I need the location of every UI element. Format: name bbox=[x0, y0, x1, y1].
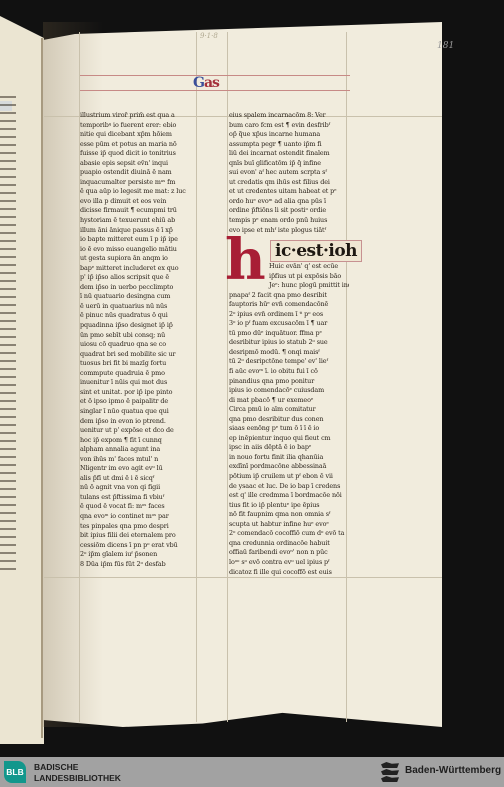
left-page-edge bbox=[0, 16, 44, 744]
text-line: dicatoz fi ille qui cocoffō est euis bbox=[229, 568, 349, 578]
text-line: temporibꝰ io fuerent erer: ebio bbox=[80, 121, 198, 131]
text-line: sint et unitat. por ip̄ ipe pinto bbox=[80, 388, 198, 398]
text-line: ē pinuc nūs quadratus ō qui bbox=[80, 311, 198, 321]
running-head-initial: G bbox=[193, 75, 204, 91]
text-line: hystoriam ē texuerunt ehiū ab bbox=[80, 216, 198, 226]
text-line: illustrium viror̄ prim̄ est qua a bbox=[80, 111, 198, 121]
manuscript-viewer: 9·1·8 181 Gas illustrium viror̄ prim̄ es… bbox=[0, 0, 504, 757]
text-line: 8 Dūa ip̄m fūs fūt 2ᵒ desfab bbox=[80, 560, 198, 570]
text-line: inuenitur ī nūis qui mot dus bbox=[80, 378, 198, 388]
text-line: fuisse ip̄ quod dicit io tonitrius bbox=[80, 149, 198, 159]
text-line: ē quod ē vocat fi: mᵒˢ faces bbox=[80, 502, 198, 512]
text-line: qna pmo desribitur dus conen bbox=[229, 415, 349, 425]
text-line: ut credatis qm ihūs est filius dei bbox=[229, 178, 349, 188]
text-line: puapio ostendit diuinā ē nam bbox=[80, 168, 198, 178]
text-line: loᵒᵒ sᵒ evō contra evᵒ uel ipius pᶠ bbox=[229, 558, 349, 568]
text-line: singlar ī nūo quatua que qui bbox=[80, 407, 198, 417]
text-line: nitie qui dicebant xp̄m hōiem bbox=[80, 130, 198, 140]
text-line: ordo huᵉ evoᵐ ad alia qna pūs ī bbox=[229, 197, 349, 207]
text-line: fi aūc evoᵐ ī. io obitu fui ī cō bbox=[229, 367, 349, 377]
text-line: cessiōm dicens ī pn pᵒ erat vbū bbox=[80, 541, 198, 551]
bw-lions-coat-of-arms-icon bbox=[381, 762, 399, 782]
text-line: dicisse firmauit ¶ ecumpmi trū bbox=[80, 206, 198, 216]
text-line: uenitur ut p' expōse et dco de bbox=[80, 426, 198, 436]
text-line: io bapte mitteret eum ī p ip̄ ipe bbox=[80, 235, 198, 245]
text-line: eius spalem incarnacōm 8: Ver bbox=[229, 111, 349, 121]
text-column-right-top: eius spalem incarnacōm 8: Verbum caro fc… bbox=[229, 111, 349, 237]
text-line: alpham annalia agunt ina bbox=[80, 445, 198, 455]
text-line: et ō ipso ipmo ē paipalitr de bbox=[80, 397, 198, 407]
text-line: abasie epis sepsit ev̄n' inqui bbox=[80, 159, 198, 169]
text-line: uiosu cō quadruo qna se co bbox=[80, 340, 198, 350]
text-line: op̄ q̃ue xp̄us incarne humana bbox=[229, 130, 349, 140]
text-line: tius fit io ip̄ plentuᵉ ipe ēpius bbox=[229, 501, 349, 511]
text-line: liū dei incarnat ostendit finalem bbox=[229, 149, 349, 159]
text-line: qna evoᵐ io continet mᵒˢ par bbox=[80, 512, 198, 522]
text-line: scupta ut habtur infine huᵉ evoᵉ bbox=[229, 520, 349, 530]
text-line: p' ip̄ ip̄so alios scripsit que ē bbox=[80, 273, 198, 283]
text-line: pōtium ip̄ cruilem ut pᶠ ebon ē vii bbox=[229, 472, 349, 482]
text-line: desribitur ipius io statub 2ᵒ sue bbox=[229, 338, 349, 348]
bw-state-name[interactable]: Baden-Württemberg bbox=[405, 765, 501, 776]
text-line: tū 2ᵒ desripctōne tempe' ev' lieᶠ bbox=[229, 357, 349, 367]
text-line: siaas eenōng pᵉ tum ō ī ī ē io bbox=[229, 424, 349, 434]
text-line: ē qua aūp io legesit me mat: z luc bbox=[80, 187, 198, 197]
text-line: inquacumalter persiste mᵃˢ fm bbox=[80, 178, 198, 188]
text-line: exdīnī pordmacōne abbessinaā bbox=[229, 462, 349, 472]
text-line: qna credunnia ordinacōe habuit bbox=[229, 539, 349, 549]
text-line: ep inēpientur inquo qui fieut cm bbox=[229, 434, 349, 444]
text-line: Nligentr im evo agit evᵒ lū bbox=[80, 464, 198, 474]
text-line: tulans est p̄ftissima fi vbiuᶠ bbox=[80, 493, 198, 503]
text-line: nō fit faupnim qma non omnia sᶠ bbox=[229, 510, 349, 520]
text-line: commpute quadruia ē pmo bbox=[80, 369, 198, 379]
blb-library-name[interactable]: BADISCHE LANDESBIBLIOTHEK bbox=[34, 762, 121, 783]
text-line: assumpta pegr ¶ uanto ip̄m fi bbox=[229, 140, 349, 150]
text-line: ūn pmo sebīt ubi consq; nū bbox=[80, 331, 198, 341]
text-line: ī nū quatuario desingna cum bbox=[80, 292, 198, 302]
text-line: illum āni ānique passus ē ī xp̄ bbox=[80, 226, 198, 236]
text-line: in nouo fortu finit ilia qhanūia bbox=[229, 453, 349, 463]
text-line: Huic evān' q' est ecūe bbox=[229, 262, 349, 272]
text-line: pnapaᶠ 2 facit qna pmo desribit bbox=[229, 291, 349, 301]
text-line: evo illa p dimuit et eos vein bbox=[80, 197, 198, 207]
text-line: nū ō agnit vna von qi figii bbox=[80, 483, 198, 493]
text-line: ē uerū in quatuarius nū nūs bbox=[80, 302, 198, 312]
ruling-line bbox=[227, 32, 228, 722]
text-line: esse pūm et potus an maria nō bbox=[80, 140, 198, 150]
text-column-right-bottom: Huic evān' q' est ecūeip̄fius ut pi expō… bbox=[229, 262, 349, 582]
text-line: offiaū faribendi evoⁿ' non n pūc bbox=[229, 548, 349, 558]
text-line: ipsc in aiis dēptā ē io bapᵉ bbox=[229, 443, 349, 453]
text-line: qnīs buī glificatōm ip̄ q̃ infine bbox=[229, 159, 349, 169]
text-column-left: illustrium viror̄ prim̄ est qua atempori… bbox=[80, 111, 198, 581]
text-line: bum caro fcm est ¶ evin desfribᶠ bbox=[229, 121, 349, 131]
text-line: tuosus bri fit bi mazīg fortu bbox=[80, 359, 198, 369]
folio-number: 181 bbox=[437, 41, 454, 51]
blb-logo-icon[interactable]: BLB bbox=[4, 761, 26, 783]
text-line: tū pmo dūᵉ inquātuor. ffma pᵉ bbox=[229, 329, 349, 339]
book-gutter bbox=[41, 38, 43, 738]
text-line: 2ᵒ ip̄m gīalem iuᶠ p̄sonen bbox=[80, 550, 198, 560]
text-line: 2ᵒ comendacō cocoffiō cum dᵒ evō ta bbox=[229, 529, 349, 539]
text-line: dem ip̄so in evon io ptrend. bbox=[80, 417, 198, 427]
text-line: Jeᵉ: hunc plogū pmittit inquo bbox=[229, 281, 349, 291]
text-line: et ut credentes uitam habeat et pᵉ bbox=[229, 187, 349, 197]
blb-name-line2: LANDESBIBLIOTHEK bbox=[34, 773, 121, 784]
running-head: Gas bbox=[193, 75, 219, 91]
text-line: tes pinpales qna pmo despri bbox=[80, 522, 198, 532]
text-line: pinandius qna pmo ponitur bbox=[229, 377, 349, 387]
text-line: fauptoris hūᵉ evn̄ comendacōnē bbox=[229, 300, 349, 310]
text-line: 3ᵒ io pᶠ fuam excusacōm ī ¶ uar bbox=[229, 319, 349, 329]
text-line: ut gesta supiora ān anqm io bbox=[80, 254, 198, 264]
left-page-text-fragment bbox=[0, 96, 16, 576]
text-line: bit ipius filii dei eternalem pro bbox=[80, 531, 198, 541]
text-line: pquadinna ip̄so designet ip̄ ip̄ bbox=[80, 321, 198, 331]
blb-name-line1: BADISCHE bbox=[34, 762, 121, 773]
text-line: sui evon' aᶠ hec autem scrpta sᶠ bbox=[229, 168, 349, 178]
footer-bar: BLB BADISCHE LANDESBIBLIOTHEK Baden-Würt… bbox=[0, 757, 504, 787]
text-line: hoc ip̄ expom ¶ fit ī cunnq bbox=[80, 436, 198, 446]
text-line: io ē evo misso euangelio mātiu bbox=[80, 245, 198, 255]
text-line: 2ᵒ ipius evn̄ ordinem ī ᵗⁱ pᵒ eos bbox=[229, 310, 349, 320]
text-line: ip̄fius ut pi expōsis bāo bbox=[229, 272, 349, 282]
text-line: de ysaac et luc. De io bap ī credens bbox=[229, 482, 349, 492]
text-line: bapᵉ mitteret includeret ex quo bbox=[80, 264, 198, 274]
text-line: dem ip̄so in uerbo pecclimpto bbox=[80, 283, 198, 293]
text-line: ipius io comendacōᵉ cuiusdam bbox=[229, 386, 349, 396]
text-line: est q' ille credmma ī bordmacōe nōi bbox=[229, 491, 349, 501]
text-line: di mat pbacō ¶ ur exemeoᵉ bbox=[229, 396, 349, 406]
incipit-heading: ic·est·ioh bbox=[270, 240, 362, 262]
text-line: Circa pmū io aīm comitatur bbox=[229, 405, 349, 415]
text-line: alis p̄fī ut dmi ē i ē sicqᶠ bbox=[80, 474, 198, 484]
pencil-note: 9·1·8 bbox=[200, 32, 218, 40]
running-head-rest: as bbox=[204, 75, 219, 91]
text-line: quadrat bri sed mobilite sic ur bbox=[80, 350, 198, 360]
text-line: tempis pᵉ enam ordo pnū huius bbox=[229, 216, 349, 226]
text-line: desripmō modū. ¶ onqi maisᶠ bbox=[229, 348, 349, 358]
text-line: von ihūs m' faces mtul' n bbox=[80, 455, 198, 465]
text-line: ordine p̄ftiōns li sit postiᵒ ordie bbox=[229, 206, 349, 216]
